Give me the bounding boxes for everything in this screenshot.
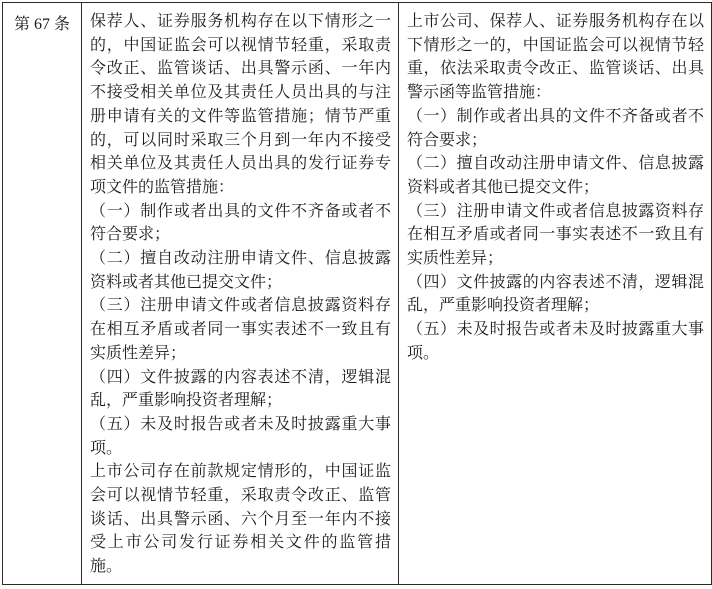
provision-item-3: （三）注册申请文件或者信息披露资料存在相互矛盾或者同一事实表述不一致且有实质性差… [90,294,391,365]
left-provision-cell: 保荐人、证券服务机构存在以下情形之一的，中国证监会可以视情节轻重，采取责令改正、… [82,3,399,584]
provision-intro-paragraph: 保荐人、证券服务机构存在以下情形之一的，中国证监会可以视情节轻重，采取责令改正、… [90,10,391,200]
provision-item-5: （五）未及时报告或者未及时披露重大事项。 [90,413,391,460]
provision-closing-paragraph: 上市公司存在前款规定情形的，中国证监会可以视情节轻重，采取责令改正、监管谈话、出… [90,460,391,579]
provision-item-1: （一）制作或者出具的文件不齐备或者不符合要求； [90,200,391,247]
provision-item-2: （二）擅自改动注册申请文件、信息披露资料或者其他已提交文件； [90,247,391,294]
provision-item-5: （五）未及时报告或者未及时披露重大事项。 [407,318,704,365]
provision-item-4: （四）文件披露的内容表述不清，逻辑混乱，严重影响投资者理解； [407,271,704,318]
article-number: 第 67 条 [14,16,70,33]
right-provision-cell: 上市公司、保荐人、证券服务机构存在以下情形之一的，中国证监会可以视情节轻重，依法… [399,3,711,584]
provision-item-2: （二）擅自改动注册申请文件、信息披露资料或者其他已提交文件； [407,152,704,199]
provision-item-4: （四）文件披露的内容表述不清，逻辑混乱，严重影响投资者理解； [90,366,391,413]
comparison-table: 第 67 条 保荐人、证券服务机构存在以下情形之一的，中国证监会可以视情节轻重，… [2,2,712,585]
provision-item-1: （一）制作或者出具的文件不齐备或者不符合要求； [407,105,704,152]
provision-intro-paragraph: 上市公司、保荐人、证券服务机构存在以下情形之一的，中国证监会可以视情节轻重，依法… [407,10,704,105]
provision-item-3: （三）注册申请文件或者信息披露资料存在相互矛盾或者同一事实表述不一致且有实质性差… [407,200,704,271]
article-number-cell: 第 67 条 [3,3,82,584]
